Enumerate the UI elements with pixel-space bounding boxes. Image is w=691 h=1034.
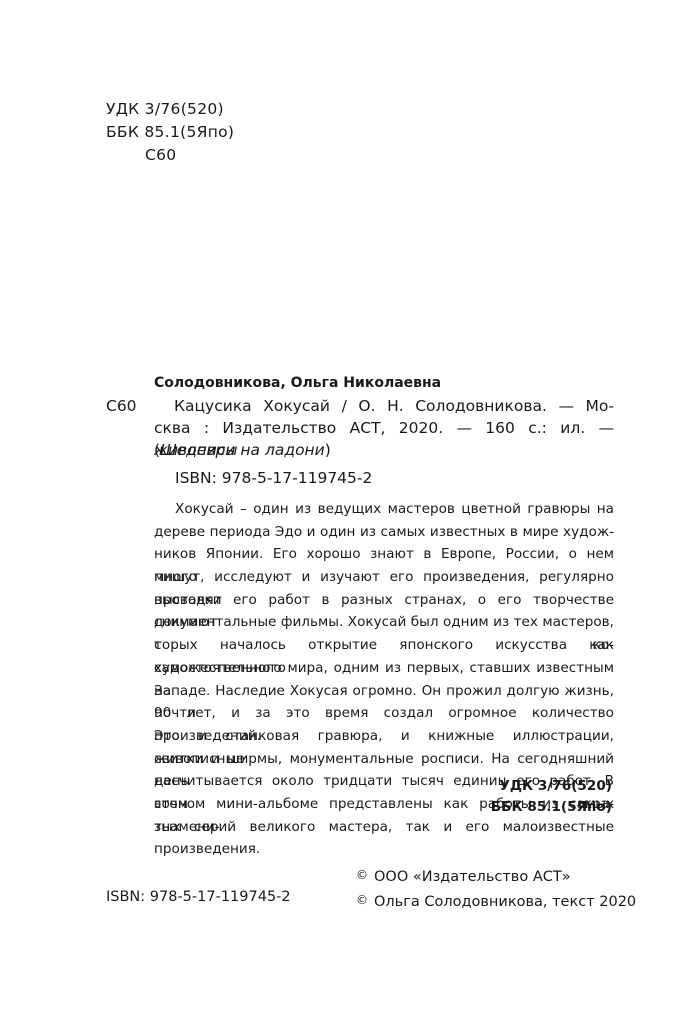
copyright-author: Ольга Солодовникова, текст 2020	[374, 894, 636, 910]
udk-code-top: УДК 3/76(520)	[106, 98, 234, 121]
copyright-icon: ©	[356, 893, 368, 907]
bbk-code-top: ББК 85.1(5Япо)	[106, 121, 234, 144]
series-close-paren: )	[325, 441, 331, 459]
annotation-line: свитки и ширмы, монументальные росписи. …	[154, 748, 614, 771]
annotation-line: торых началось открытие японского искусс…	[154, 634, 614, 657]
annotation-line: выставки его работ в разных странах, о е…	[154, 589, 614, 612]
author-mark-top: С60	[106, 144, 234, 167]
biblio-line-2: сква : Издательство АСТ, 2020. — 160 с.:…	[154, 417, 614, 439]
annotation-line: Западе. Наследие Хокусая огромно. Он про…	[154, 680, 614, 703]
biblio-line-3: живописи на ладони)	[154, 439, 614, 461]
annotation-line: тых серий великого мастера, так и его ма…	[154, 816, 614, 839]
author-heading: Солодовникова, Ольга Николаевна	[154, 373, 441, 393]
bbk-code-bottom: ББК 85.1(5Япо)	[491, 797, 612, 818]
isbn-entry: ISBN: 978-5-17-119745-2	[175, 467, 372, 489]
copyright-publisher: ООО «Издательство АСТ»	[374, 869, 571, 885]
copyright-icon: ©	[356, 868, 368, 882]
annotation-line: документальные фильмы. Хокусай был одним…	[154, 611, 614, 634]
top-classification-codes: УДК 3/76(520) ББК 85.1(5Япо) С60	[106, 98, 234, 167]
annotation-line: дереве периода Эдо и один из самых извес…	[154, 521, 614, 544]
annotation-line: художественного мира, одним из первых, с…	[154, 657, 614, 680]
series-title-end: живописи на ладони	[154, 441, 325, 459]
biblio-line-1: Кацусика Хокусай / О. Н. Солодовникова. …	[154, 395, 614, 417]
copyright-author-line: ©Ольга Солодовникова, текст 2020	[356, 889, 636, 914]
annotation-line: Хокусай – один из ведущих мастеров цветн…	[154, 498, 614, 521]
bibliographic-description: Кацусика Хокусай / О. Н. Солодовникова. …	[154, 395, 614, 461]
annotation-line: ников Японии. Его хорошо знают в Европе,…	[154, 543, 614, 566]
copyright-publisher-line: ©ООО «Издательство АСТ»	[356, 864, 636, 889]
bottom-classification-codes: УДК 3/76(520) ББК 85.1(5Япо)	[491, 776, 612, 818]
author-mark-entry: С60	[106, 395, 137, 417]
copyright-block: ©ООО «Издательство АСТ» ©Ольга Солодовни…	[356, 864, 636, 914]
annotation-line: Это и станковая гравюра, и книжные иллюс…	[154, 725, 614, 748]
annotation-line: пишут, исследуют и изучают его произведе…	[154, 566, 614, 589]
annotation-line: 90 лет, и за это время создал огромное к…	[154, 702, 614, 725]
udk-code-bottom: УДК 3/76(520)	[491, 776, 612, 797]
isbn-footer: ISBN: 978-5-17-119745-2	[106, 887, 291, 907]
